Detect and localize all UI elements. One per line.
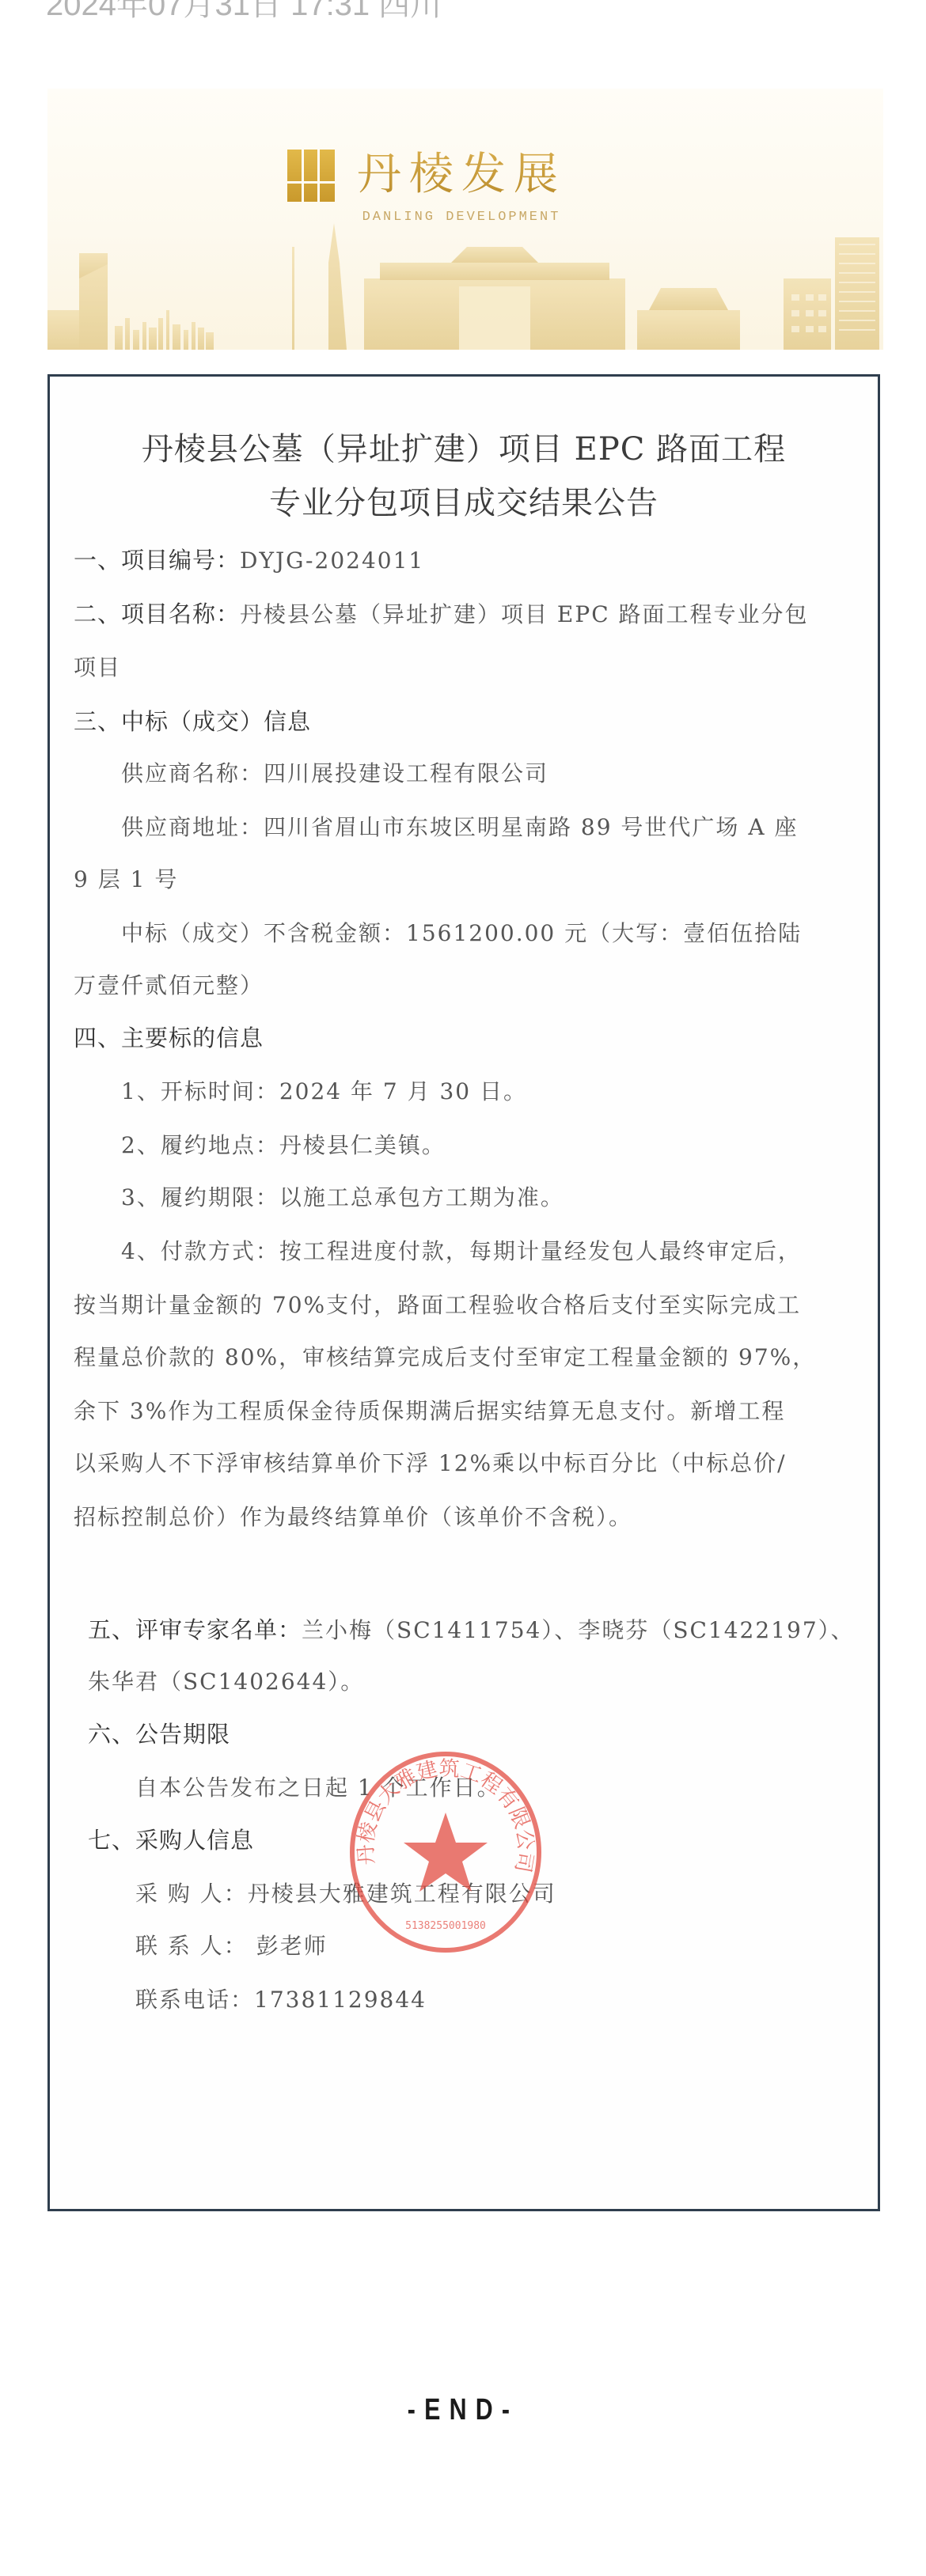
svg-text:5138255001980: 5138255001980: [405, 1920, 486, 1932]
announcement-document: 丹棱县公墓（异址扩建）项目 EPC 路面工程 专业分包项目成交结果公告 一、项目…: [47, 374, 880, 2211]
award-amount-cont: 万壹仟贰佰元整）: [74, 968, 264, 1000]
payment-terms-line: 按当期计量金额的 70%支付，路面工程验收合格后支付至实际完成工: [74, 1288, 801, 1320]
section-review-experts: 五、评审专家名单：兰小梅（SC1411754）、李晓芬（SC1422197）、: [88, 1612, 855, 1645]
document-title-line1: 丹棱县公墓（异址扩建）项目 EPC 路面工程: [50, 424, 878, 469]
end-marker: -END-: [93, 2393, 833, 2427]
project-number-value: DYJG-2024011: [240, 547, 424, 574]
section-label: 一、项目编号：: [74, 547, 240, 574]
payment-terms-line: 4、付款方式：按工程进度付款，每期计量经发包人最终审定后，: [121, 1234, 802, 1266]
city-skyline-illustration: [47, 191, 883, 350]
publish-meta: 2024年07月31日 17:31 四川: [46, 0, 442, 25]
brand-banner: 丹棱发展 DANLING DEVELOPMENT: [47, 89, 883, 350]
section-main-info: 四、主要标的信息: [74, 1021, 264, 1053]
payment-terms-line: 余下 3%作为工程质保金待质保期满后据实结算无息支付。新增工程: [74, 1394, 785, 1426]
performance-period: 3、履约期限：以施工总承包方工期为准。: [121, 1180, 564, 1212]
section-award-info: 三、中标（成交）信息: [74, 704, 311, 737]
notice-period-value: 自本公告发布之日起 1 个工作日。: [135, 1771, 501, 1802]
section-project-number: 一、项目编号：DYJG-2024011: [74, 543, 424, 575]
bid-opening-time: 1、开标时间：2024 年 7 月 30 日。: [121, 1074, 527, 1106]
project-name-value: 丹棱县公墓（异址扩建）项目 EPC 路面工程专业分包: [240, 601, 809, 627]
payment-terms-line: 招标控制总价）作为最终结算单价（该单价不含税）。: [74, 1500, 632, 1532]
project-name-value-cont: 项目: [74, 650, 121, 682]
contact-phone: 联系电话：17381129844: [135, 1983, 427, 2014]
section-project-name: 二、项目名称：丹棱县公墓（异址扩建）项目 EPC 路面工程专业分包: [74, 597, 809, 629]
supplier-name: 供应商名称：四川展投建设工程有限公司: [121, 756, 548, 788]
supplier-address-cont: 9 层 1 号: [74, 862, 178, 894]
section-label: 五、评审专家名单：: [88, 1616, 302, 1643]
contact-person: 联 系 人： 彭老师: [135, 1929, 328, 1960]
supplier-address: 供应商地址：四川省眉山市东坡区明星南路 89 号世代广场 A 座: [121, 810, 798, 842]
performance-location: 2、履约地点：丹棱县仁美镇。: [121, 1128, 446, 1160]
document-title-line2: 专业分包项目成交结果公告: [50, 478, 878, 523]
section-notice-period: 六、公告期限: [88, 1717, 230, 1749]
section-purchaser-info: 七、采购人信息: [88, 1823, 254, 1855]
award-amount: 中标（成交）不含税金额：1561200.00 元（大写：壹佰伍拾陆: [121, 916, 802, 948]
payment-terms-line: 以采购人不下浮审核结算单价下浮 12%乘以中标百分比（中标总价/: [74, 1446, 787, 1478]
purchaser-name: 采 购 人：丹棱县大雅建筑工程有限公司: [135, 1877, 556, 1908]
section-label: 二、项目名称：: [74, 600, 240, 627]
experts-value: 兰小梅（SC1411754）、李晓芬（SC1422197）、: [302, 1617, 855, 1643]
experts-value-cont: 朱华君（SC1402644）。: [88, 1665, 364, 1696]
payment-terms-line: 程量总价款的 80%，审核结算完成后支付至审定工程量金额的 97%，: [74, 1340, 816, 1372]
